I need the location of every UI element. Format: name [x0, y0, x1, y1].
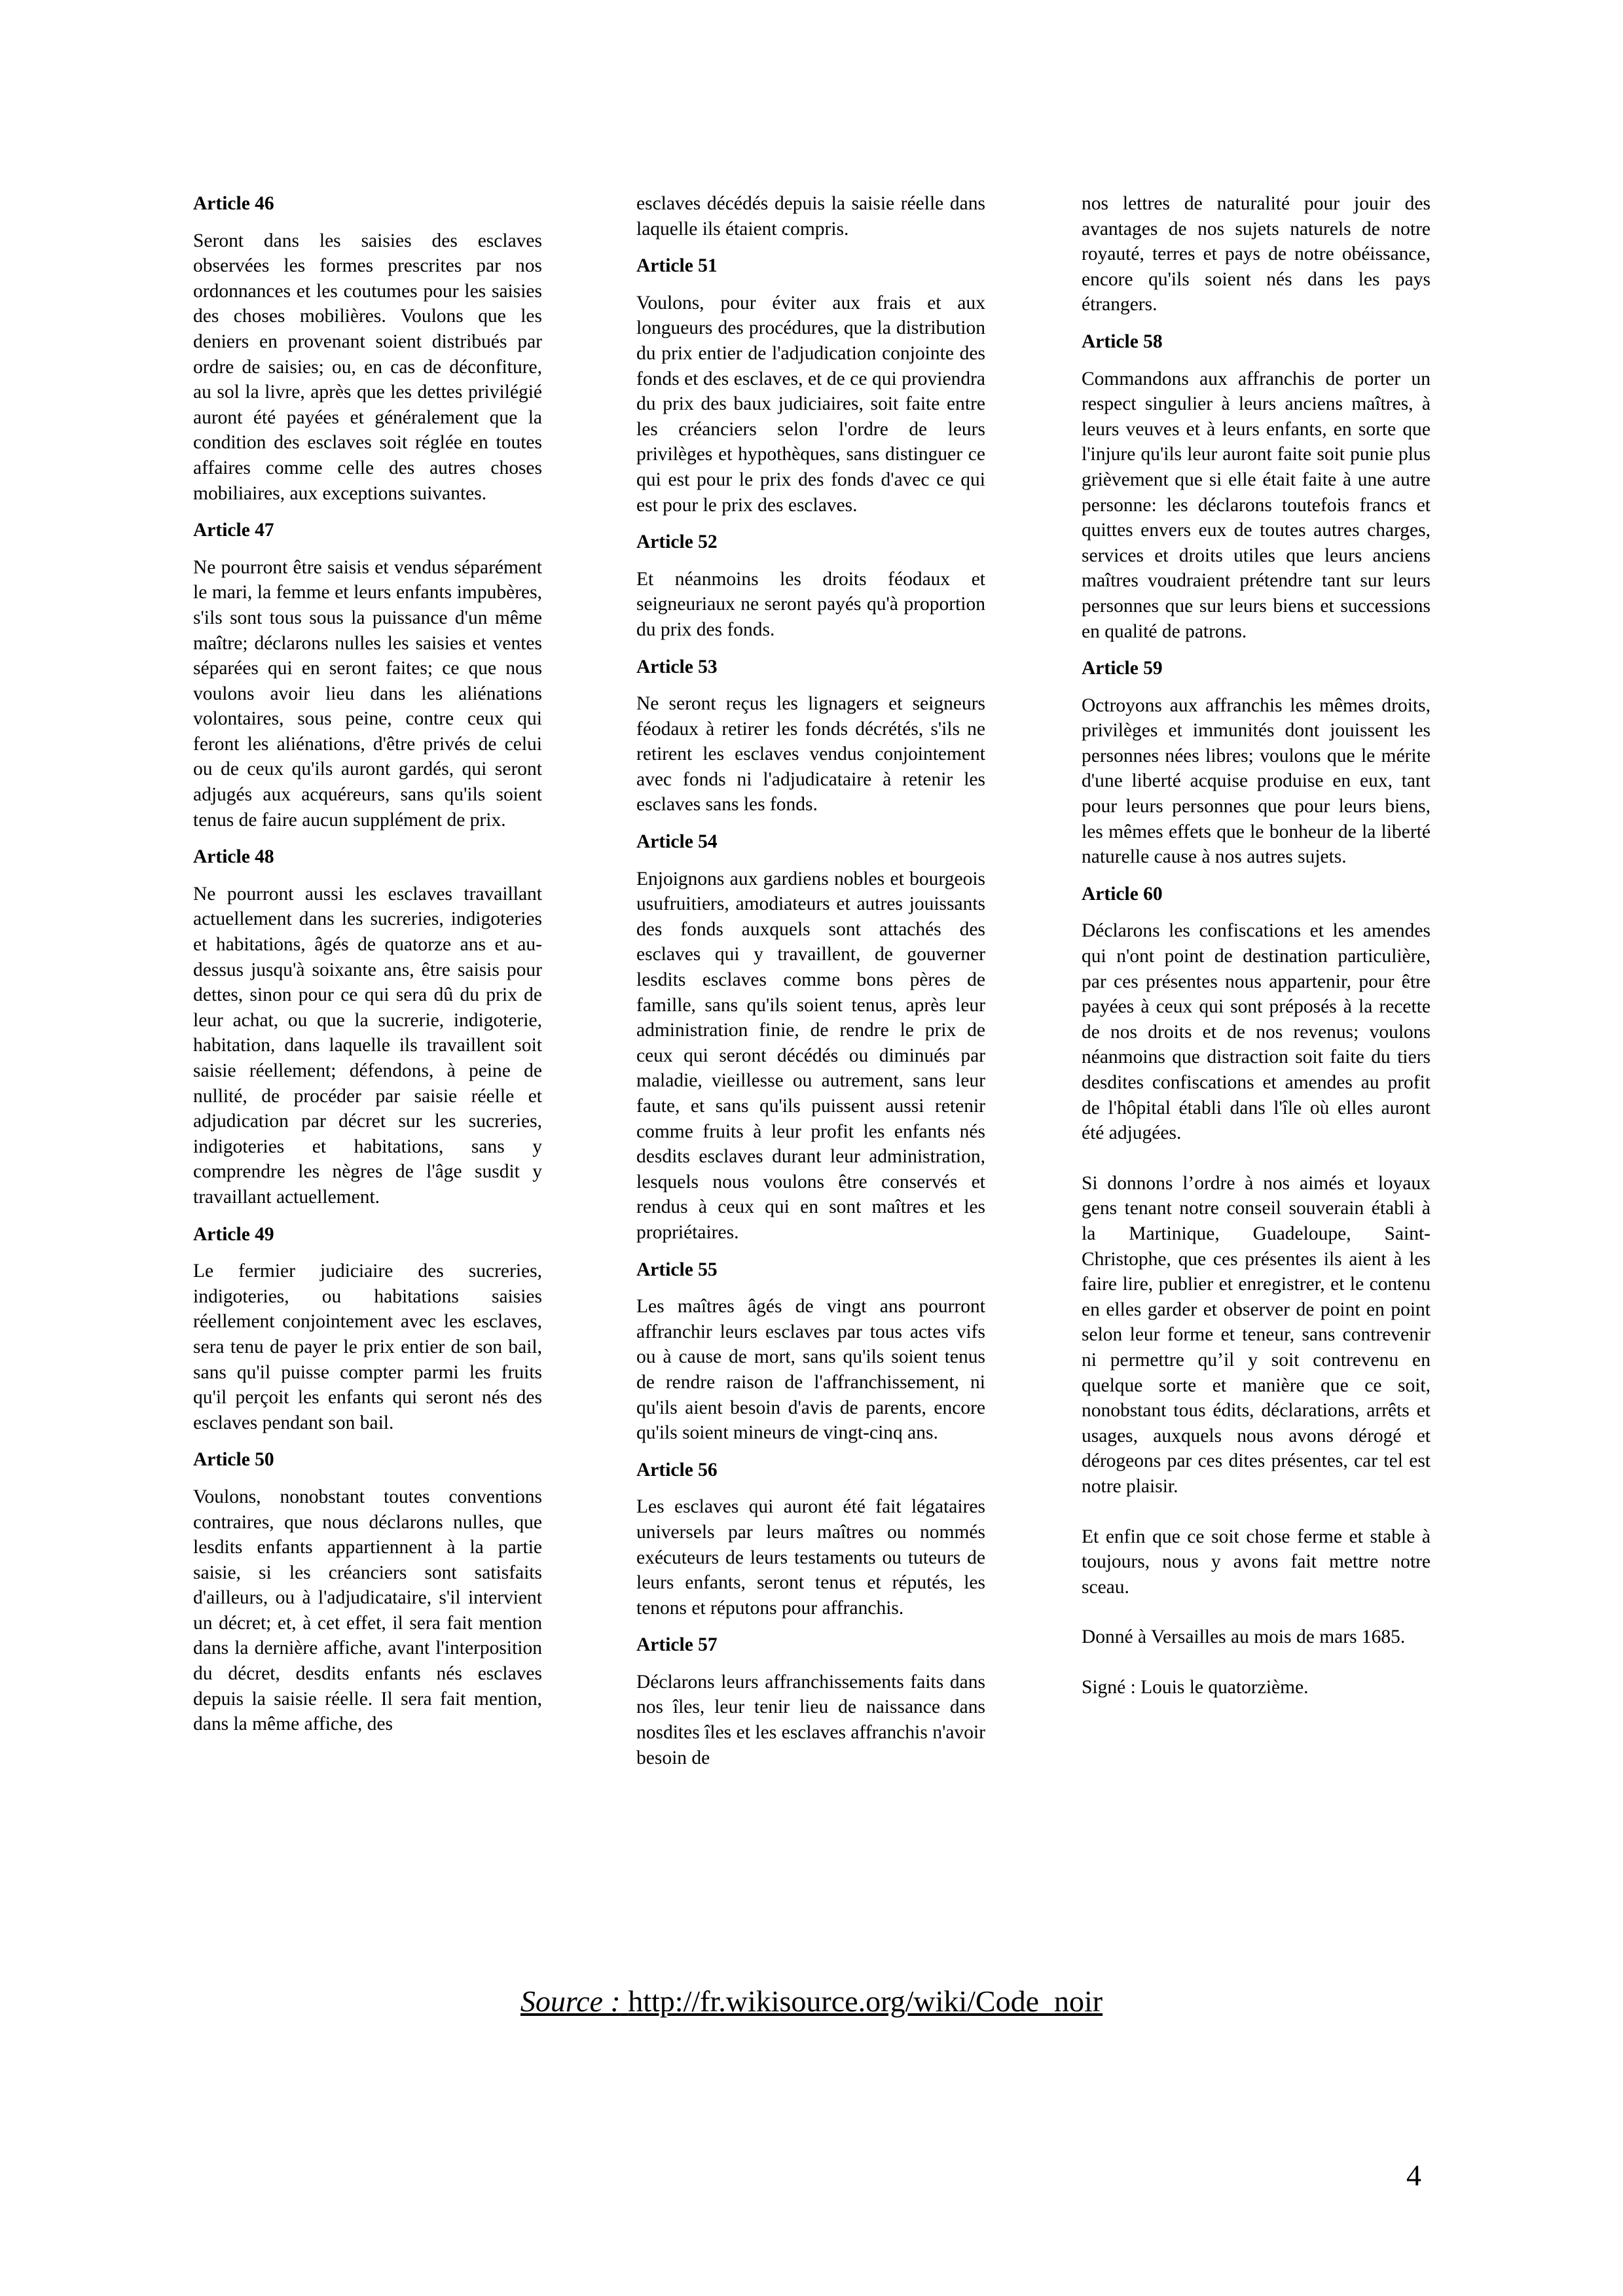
article-50-title: Article 50 [193, 1447, 542, 1473]
article-58-title: Article 58 [1082, 329, 1431, 355]
article-52-body: Et néanmoins les droits féodaux et seign… [636, 567, 985, 643]
article-57-continuation: nos lettres de naturalité pour jouir des… [1082, 191, 1431, 317]
signature-line: Signé : Louis le quatorzième. [1082, 1675, 1431, 1700]
article-59-title: Article 59 [1082, 656, 1431, 681]
article-55-body: Les maîtres âgés de vingt ans pourront a… [636, 1294, 985, 1446]
article-46-title: Article 46 [193, 191, 542, 217]
left-column: Article 46 Seront dans les saisies des e… [193, 191, 542, 1737]
article-55-title: Article 55 [636, 1257, 985, 1283]
source-citation: Source : http://fr.wikisource.org/wiki/C… [0, 1983, 1623, 2020]
middle-column: esclaves décédés depuis la saisie réelle… [636, 191, 985, 1770]
article-60-body: Déclarons les confiscations et les amend… [1082, 918, 1431, 1145]
source-url-link[interactable]: http://fr.wikisource.org/wiki/Code_noir [628, 1984, 1103, 2018]
article-57-title: Article 57 [636, 1632, 985, 1658]
article-46-body: Seront dans les saisies des esclaves obs… [193, 228, 542, 507]
page-number: 4 [1406, 2157, 1421, 2194]
article-53-body: Ne seront reçus les lignagers et seigneu… [636, 691, 985, 817]
right-column: nos lettres de naturalité pour jouir des… [1082, 191, 1431, 1700]
article-60-title: Article 60 [1082, 882, 1431, 907]
article-54-body: Enjoignons aux gardiens nobles et bourge… [636, 867, 985, 1246]
article-51-body: Voulons, pour éviter aux frais et aux lo… [636, 291, 985, 518]
article-51-title: Article 51 [636, 253, 985, 279]
article-56-title: Article 56 [636, 1458, 985, 1483]
document-page: Article 46 Seront dans les saisies des e… [0, 0, 1623, 2296]
article-49-title: Article 49 [193, 1222, 542, 1247]
closing-seal-paragraph: Et enfin que ce soit chose ferme et stab… [1082, 1524, 1431, 1600]
article-50-continuation: esclaves décédés depuis la saisie réelle… [636, 191, 985, 242]
article-48-title: Article 48 [193, 844, 542, 870]
article-47-title: Article 47 [193, 518, 542, 543]
article-59-body: Octroyons aux affranchis les mêmes droit… [1082, 693, 1431, 870]
article-49-body: Le fermier judiciaire des sucreries, ind… [193, 1259, 542, 1435]
article-52-title: Article 52 [636, 529, 985, 555]
source-label: Source : [520, 1984, 621, 2018]
closing-order-paragraph: Si donnons l’ordre à nos aimés et loyaux… [1082, 1171, 1431, 1499]
article-47-body: Ne pourront être saisis et vendus séparé… [193, 555, 542, 833]
article-53-title: Article 53 [636, 655, 985, 680]
article-58-body: Commandons aux affranchis de porter un r… [1082, 367, 1431, 645]
article-50-body: Voulons, nonobstant toutes conventions c… [193, 1484, 542, 1737]
article-57-body: Déclarons leurs affranchissements faits … [636, 1670, 985, 1770]
article-56-body: Les esclaves qui auront été fait légatai… [636, 1494, 985, 1621]
article-54-title: Article 54 [636, 829, 985, 855]
closing-given-paragraph: Donné à Versailles au mois de mars 1685. [1082, 1624, 1431, 1650]
article-48-body: Ne pourront aussi les esclaves travailla… [193, 882, 542, 1210]
